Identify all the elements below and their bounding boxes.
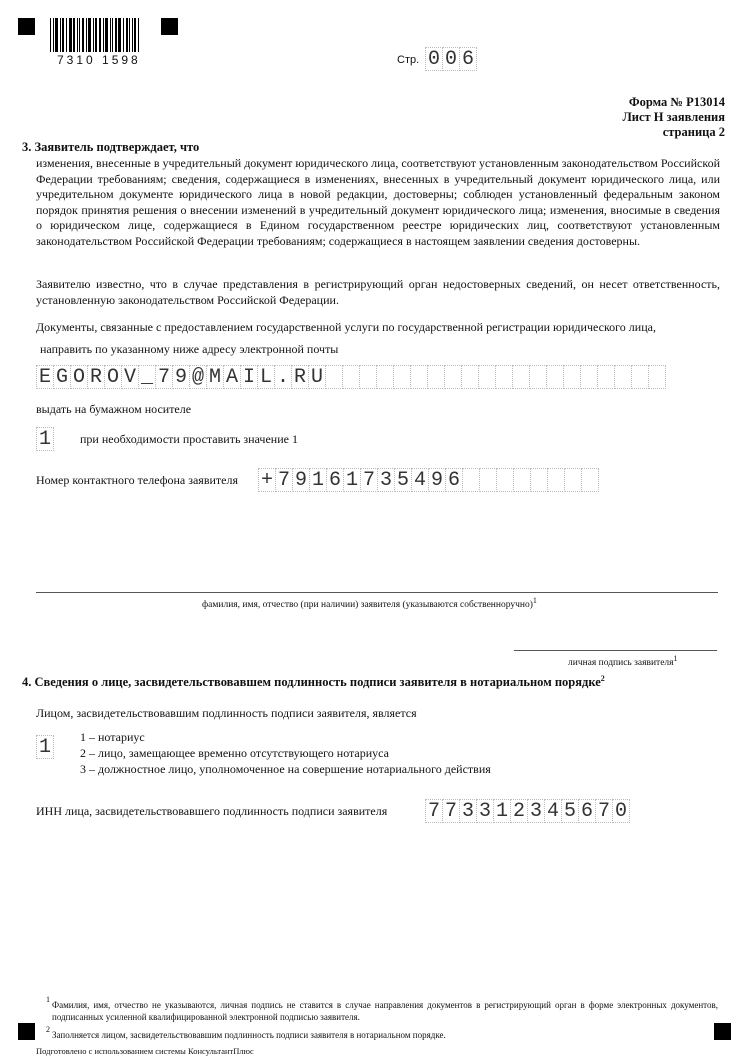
fio-signature-line	[36, 592, 718, 593]
email-char-cell: I	[240, 365, 258, 389]
email-char-cell	[495, 365, 513, 389]
barcode-bar	[129, 18, 130, 52]
phone-char-cell: 5	[394, 468, 412, 492]
barcode-bar	[55, 18, 58, 52]
notary-option-3: 3 – должностное лицо, уполномоченное на …	[80, 762, 491, 777]
email-char-cell	[580, 365, 598, 389]
email-char-cell: 9	[172, 365, 190, 389]
phone-char-cell: 1	[343, 468, 361, 492]
email-char-cell	[597, 365, 615, 389]
email-char-cell	[614, 365, 632, 389]
email-char-cell	[512, 365, 530, 389]
email-char-cell	[461, 365, 479, 389]
section-4-title: 4. Сведения о лице, засвидетельствовавше…	[22, 674, 605, 690]
section-3-confirmation-text: изменения, внесенные в учредительный док…	[36, 156, 720, 249]
inn-digit-cell: 5	[561, 799, 579, 823]
barcode-bar	[79, 18, 80, 52]
email-char-cell: V	[121, 365, 139, 389]
prepared-by-footer: Подготовлено с использованием системы Ко…	[36, 1046, 254, 1056]
phone-char-cell	[479, 468, 497, 492]
email-char-cell	[631, 365, 649, 389]
phone-char-cell: 7	[360, 468, 378, 492]
inn-digit-cell: 7	[425, 799, 443, 823]
inn-label: ИНН лица, засвидетельствовавшего подлинн…	[36, 804, 387, 819]
phone-char-cell: 3	[377, 468, 395, 492]
email-char-cell: L	[257, 365, 275, 389]
inn-digit-cell: 1	[493, 799, 511, 823]
email-char-cell	[478, 365, 496, 389]
barcode-bar	[82, 18, 84, 52]
personal-signature-line[interactable]	[514, 650, 717, 651]
email-char-cell	[444, 365, 462, 389]
phone-char-cell: 7	[275, 468, 293, 492]
email-char-cell	[529, 365, 547, 389]
inn-field[interactable]: 773312345670	[425, 799, 629, 823]
email-char-cell	[342, 365, 360, 389]
phone-char-cell	[581, 468, 599, 492]
phone-label: Номер контактного телефона заявителя	[36, 473, 238, 488]
email-char-cell	[359, 365, 377, 389]
fio-caption: фамилия, имя, отчество (при наличии) зая…	[202, 596, 537, 610]
sheet-title: Лист Н заявления	[622, 110, 725, 125]
paper-delivery-field[interactable]: 1	[36, 427, 53, 451]
notary-role-cell: 1	[36, 735, 54, 759]
barcode-bar	[110, 18, 111, 52]
barcode-bar	[118, 18, 121, 52]
barcode-bar	[88, 18, 91, 52]
barcode-bar	[60, 18, 61, 52]
form-number: Форма № Р13014	[622, 95, 725, 110]
email-char-cell	[410, 365, 428, 389]
phone-char-cell: 6	[445, 468, 463, 492]
email-char-cell: R	[87, 365, 105, 389]
notary-option-1: 1 – нотариус	[80, 730, 145, 745]
email-char-cell: _	[138, 365, 156, 389]
email-char-cell	[563, 365, 581, 389]
barcode-bar	[50, 18, 51, 52]
email-char-cell	[376, 365, 394, 389]
section-3-title: 3. Заявитель подтверждает, что	[22, 140, 199, 155]
barcode-bar	[62, 18, 64, 52]
barcode	[50, 18, 148, 52]
barcode-bar	[126, 18, 128, 52]
inn-digit-cell: 3	[459, 799, 477, 823]
paper-label: выдать на бумажном носителе	[36, 402, 191, 417]
phone-char-cell: 6	[326, 468, 344, 492]
page-digit-cell: 0	[425, 47, 443, 71]
email-char-cell	[325, 365, 343, 389]
inn-digit-cell: 3	[527, 799, 545, 823]
email-char-cell	[648, 365, 666, 389]
footnote-2: 2 Заполняется лицом, засвидетельствовавш…	[52, 1030, 718, 1042]
barcode-bar	[115, 18, 117, 52]
email-char-cell: M	[206, 365, 224, 389]
email-char-cell: 7	[155, 365, 173, 389]
phone-field[interactable]: +79161735496	[258, 468, 598, 492]
barcode-bar	[66, 18, 67, 52]
email-char-cell: A	[223, 365, 241, 389]
barcode-bar	[134, 18, 136, 52]
inn-digit-cell: 3	[476, 799, 494, 823]
form-header: Форма № Р13014 Лист Н заявления страница…	[622, 95, 725, 140]
phone-char-cell: 1	[309, 468, 327, 492]
inn-digit-cell: 4	[544, 799, 562, 823]
inn-digit-cell: 6	[578, 799, 596, 823]
email-char-cell: .	[274, 365, 292, 389]
barcode-bar	[138, 18, 139, 52]
barcode-bar	[99, 18, 101, 52]
corner-marker-top-right	[161, 18, 178, 35]
notary-role-label: Лицом, засвидетельствовавшим подлинность…	[36, 706, 417, 721]
barcode-bar	[95, 18, 97, 52]
email-char-cell: @	[189, 365, 207, 389]
email-char-cell: E	[36, 365, 54, 389]
barcode-bar	[77, 18, 78, 52]
notary-option-2: 2 – лицо, замещающее временно отсутствую…	[80, 746, 389, 761]
barcode-bar	[103, 18, 104, 52]
email-char-cell	[546, 365, 564, 389]
sheet-page: страница 2	[622, 125, 725, 140]
page-digit-cell: 0	[442, 47, 460, 71]
corner-marker-bottom-left	[18, 1023, 35, 1040]
barcode-bar	[86, 18, 87, 52]
phone-char-cell: 9	[428, 468, 446, 492]
corner-marker-top-left	[18, 18, 35, 35]
barcode-bar	[112, 18, 113, 52]
phone-char-cell	[530, 468, 548, 492]
page-label: Стр.	[397, 54, 419, 66]
page-digit-cell: 6	[459, 47, 477, 71]
email-char-cell: U	[308, 365, 326, 389]
liability-notice: Заявителю известно, что в случае предста…	[36, 277, 720, 308]
barcode-bar	[105, 18, 108, 52]
phone-char-cell: 4	[411, 468, 429, 492]
email-char-cell: O	[104, 365, 122, 389]
documents-label: Документы, связанные с предоставлением г…	[36, 320, 656, 335]
inn-digit-cell: 0	[612, 799, 630, 823]
phone-char-cell	[564, 468, 582, 492]
email-field[interactable]: EGOROV_79@MAIL.RU	[36, 365, 665, 389]
barcode-bar	[132, 18, 133, 52]
barcode-bar	[53, 18, 54, 52]
barcode-bar	[73, 18, 75, 52]
signature-caption: личная подпись заявителя1	[568, 654, 678, 668]
paper-hint: при необходимости проставить значение 1	[80, 432, 298, 447]
phone-char-cell: +	[258, 468, 276, 492]
footnote-1: 1 Фамилия, имя, отчество не указываются,…	[52, 1000, 718, 1023]
email-char-cell	[427, 365, 445, 389]
inn-digit-cell: 2	[510, 799, 528, 823]
barcode-number: 7310 1598	[57, 53, 141, 67]
barcode-bar	[69, 18, 72, 52]
email-char-cell: G	[53, 365, 71, 389]
email-char-cell: R	[291, 365, 309, 389]
email-char-cell: O	[70, 365, 88, 389]
page-number-field[interactable]: 0 0 6	[425, 47, 476, 71]
inn-digit-cell: 7	[442, 799, 460, 823]
inn-digit-cell: 7	[595, 799, 613, 823]
phone-char-cell	[496, 468, 514, 492]
barcode-bar	[93, 18, 94, 52]
email-char-cell	[393, 365, 411, 389]
notary-role-field[interactable]: 1	[36, 735, 53, 759]
phone-char-cell	[462, 468, 480, 492]
phone-char-cell	[547, 468, 565, 492]
phone-char-cell: 9	[292, 468, 310, 492]
paper-delivery-cell: 1	[36, 427, 54, 451]
email-label: направить по указанному ниже адресу элек…	[40, 342, 338, 357]
phone-char-cell	[513, 468, 531, 492]
barcode-bar	[123, 18, 124, 52]
